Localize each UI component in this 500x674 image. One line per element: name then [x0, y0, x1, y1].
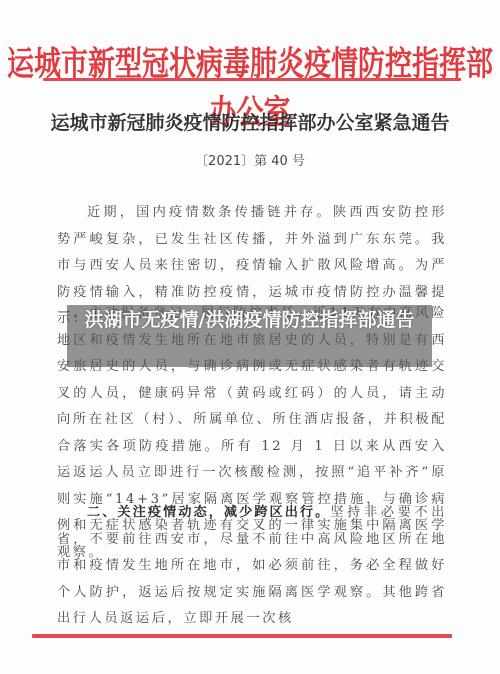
header-red-rule: [43, 78, 461, 81]
section-2-heading: 二、关注疫情动态，减少跨区出行。: [87, 505, 330, 520]
paragraph-section-2: 二、关注疫情动态，减少跨区出行。坚持非必要不出省，不要前往西安市，尽量不前往中高…: [57, 500, 447, 633]
document-number: 〔2021〕第 40 号: [0, 150, 500, 169]
notice-title: 运城市新冠肺炎疫情防控指挥部办公室紧急通告: [0, 108, 500, 135]
section-2-body: 坚持非必要不出省，不要前往西安市，尽量不前往中高风险地区所在地市和疫情发生地所在…: [57, 505, 447, 626]
footer-red-rule: [32, 634, 452, 638]
caption-overlay-title[interactable]: 洪湖市无疫情/洪湖疫情防控指挥部通告: [67, 307, 432, 333]
